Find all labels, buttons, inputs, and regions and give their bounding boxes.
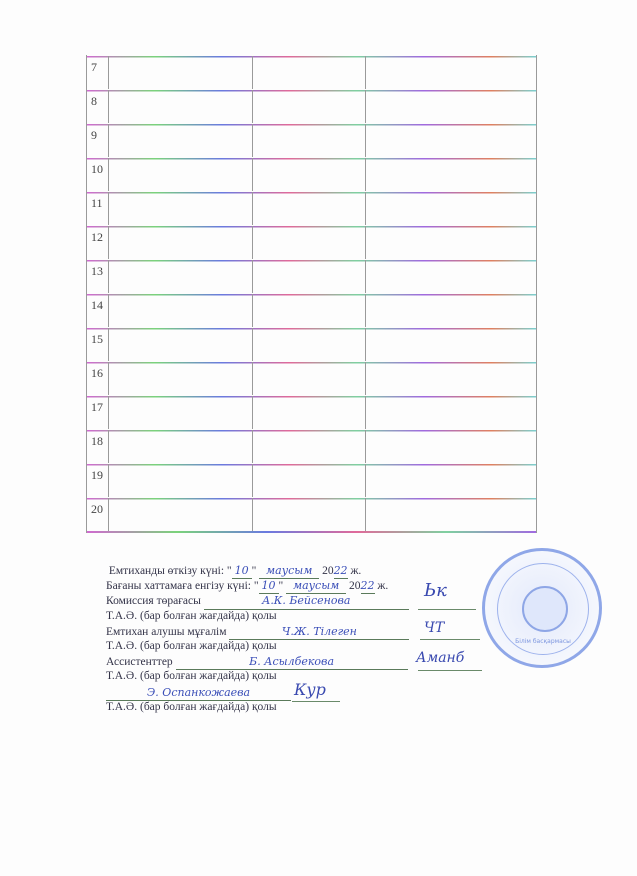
row-number-cell: 9	[87, 124, 109, 157]
table-cell	[109, 158, 253, 191]
row-number-cell: 18	[87, 430, 109, 463]
table-cell	[253, 158, 366, 191]
table-cell	[253, 260, 366, 293]
table-cell	[109, 192, 253, 225]
grade-entry-month: маусым	[286, 578, 346, 594]
protocol-footer: Емтиханды өткізу күні: "10" маусым 2022 …	[106, 563, 409, 715]
assistant2-signature: Кур	[294, 680, 326, 699]
grades-table: 7891011121314151617181920	[86, 55, 537, 533]
table-cell	[253, 226, 366, 259]
table-cell	[253, 362, 366, 395]
table-cell	[253, 192, 366, 225]
coat-of-arms-icon	[522, 586, 568, 632]
table-row: 9	[87, 123, 536, 157]
table-cell	[253, 90, 366, 123]
table-row: 13	[87, 259, 536, 293]
table-cell	[109, 90, 253, 123]
row-number: 14	[91, 298, 103, 313]
table-row: 10	[87, 157, 536, 191]
row-number: 19	[91, 468, 103, 483]
row-number-cell: 16	[87, 362, 109, 395]
table-row: 11	[87, 191, 536, 225]
row-number-cell: 8	[87, 90, 109, 123]
row-number: 9	[91, 128, 97, 143]
assistant1-fio-label: Т.А.Ә. (бар болған жағдайда) қолы	[106, 669, 409, 684]
table-cell	[253, 328, 366, 361]
row-number-cell: 10	[87, 158, 109, 191]
table-cell	[253, 396, 366, 429]
row-number: 13	[91, 264, 103, 279]
table-cell	[109, 362, 253, 395]
table-row: 20	[87, 497, 536, 531]
row-number-cell: 15	[87, 328, 109, 361]
assistant2-line: Э. Оспанкожаева	[106, 685, 409, 700]
chair-fio-label: Т.А.Ә. (бар болған жағдайда) қолы	[106, 609, 409, 624]
row-number: 11	[91, 196, 103, 211]
table-cell	[253, 498, 366, 531]
table-row: 17	[87, 395, 536, 429]
table-cell	[253, 430, 366, 463]
chair-signature-line	[418, 609, 476, 610]
teacher-line: Емтихан алушы мұғалім Ч.Ж. Тілеген	[106, 624, 409, 639]
table-cell	[109, 226, 253, 259]
teacher-name: Ч.Ж. Тілеген	[229, 624, 409, 640]
row-number: 15	[91, 332, 103, 347]
row-number: 8	[91, 94, 97, 109]
grade-entry-year: 22	[361, 578, 375, 594]
row-number-cell: 13	[87, 260, 109, 293]
row-number: 18	[91, 434, 103, 449]
assistant1-name: Б. Асылбекова	[176, 654, 408, 670]
table-cell	[109, 124, 253, 157]
row-number-cell: 17	[87, 396, 109, 429]
stamp-text: Білім басқармасы	[498, 638, 588, 645]
exam-date-line: Емтиханды өткізу күні: "10" маусым 2022 …	[106, 563, 409, 578]
table-cell	[253, 124, 366, 157]
assistant2-signature-line	[292, 701, 340, 702]
table-cell	[109, 396, 253, 429]
assistant1-signature-line	[418, 670, 482, 671]
row-number: 10	[91, 162, 103, 177]
table-row: 8	[87, 89, 536, 123]
exam-day: 10	[232, 563, 252, 579]
exam-year: 22	[334, 563, 348, 579]
row-number-cell: 12	[87, 226, 109, 259]
teacher-fio-label: Т.А.Ә. (бар болған жағдайда) қолы	[106, 639, 409, 654]
chair-name: А.К. Бейсенова	[204, 593, 409, 609]
grade-entry-date-line: Бағаны хаттамаға енгізу күні: "10" маусы…	[106, 578, 409, 593]
chair-signature: Ьк	[424, 580, 447, 601]
table-row: 14	[87, 293, 536, 327]
table-cell	[109, 56, 253, 89]
table-row: 15	[87, 327, 536, 361]
chair-line: Комиссия төрағасы А.К. Бейсенова	[106, 593, 409, 608]
table-bottom-border	[87, 531, 536, 533]
row-number: 7	[91, 60, 97, 75]
exam-month: маусым	[259, 563, 319, 579]
assistant2-name: Э. Оспанкожаева	[106, 685, 291, 701]
table-cell	[253, 56, 366, 89]
row-number-cell: 11	[87, 192, 109, 225]
assistant1-signature: Аманб	[416, 650, 464, 666]
table-cell	[109, 260, 253, 293]
row-number: 17	[91, 400, 103, 415]
table-cell	[253, 294, 366, 327]
teacher-signature: ЧТ	[424, 620, 444, 636]
teacher-signature-line	[420, 639, 480, 640]
stamp-inner-ring: Білім басқармасы	[497, 563, 589, 655]
table-row: 7	[87, 55, 536, 89]
table-cell	[109, 294, 253, 327]
row-number: 12	[91, 230, 103, 245]
table-row: 16	[87, 361, 536, 395]
row-number-cell: 7	[87, 56, 109, 89]
table-row: 19	[87, 463, 536, 497]
row-number: 20	[91, 502, 103, 517]
row-number: 16	[91, 366, 103, 381]
row-number-cell: 14	[87, 294, 109, 327]
table-cell	[253, 464, 366, 497]
assistant2-fio-label: Т.А.Ә. (бар болған жағдайда) қолы	[106, 700, 409, 715]
table-row: 12	[87, 225, 536, 259]
row-number-cell: 19	[87, 464, 109, 497]
table-cell	[109, 430, 253, 463]
grade-entry-day: 10	[259, 578, 279, 594]
official-stamp: Білім басқармасы	[482, 548, 602, 668]
table-row: 18	[87, 429, 536, 463]
row-number-cell: 20	[87, 498, 109, 531]
table-cell	[109, 498, 253, 531]
table-cell	[109, 328, 253, 361]
table-cell	[109, 464, 253, 497]
assistants-line: Ассистенттер Б. Асылбекова	[106, 654, 409, 669]
